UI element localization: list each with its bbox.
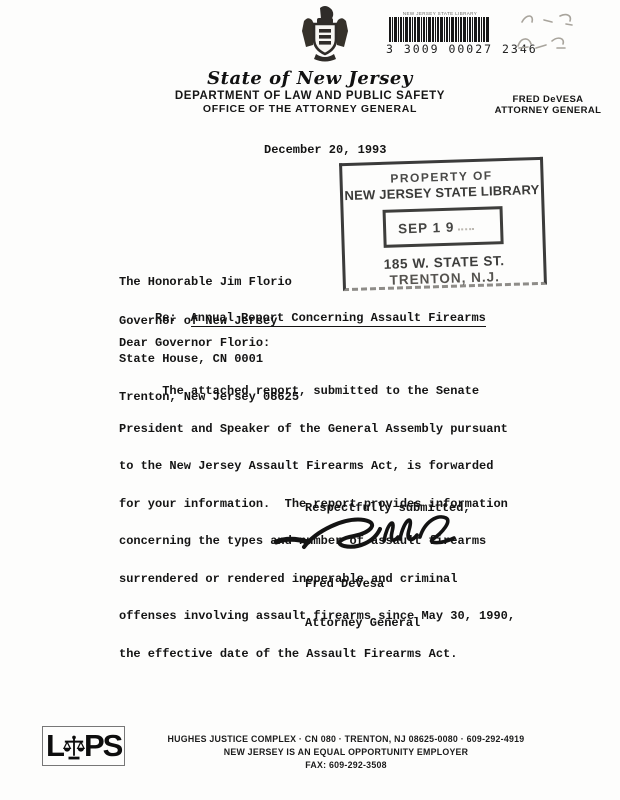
stamp-date-faint-marks (458, 222, 474, 230)
barcode-number: 3 3009 00027 2346 (386, 42, 494, 56)
letter-date: December 20, 1993 (264, 143, 386, 157)
library-barcode: NEW JERSEY STATE LIBRARY 3 3009 00027 23… (386, 11, 494, 56)
salutation: Dear Governor Florio: (119, 336, 270, 350)
logo-letter-l: L (46, 729, 63, 763)
footer-text: HUGHES JUSTICE COMPLEX · CN 080 · TRENTO… (70, 733, 620, 772)
body-line: President and Speaker of the General Ass… (119, 423, 515, 436)
signer-title: Attorney General (305, 617, 420, 630)
footer-fax: FAX: 609-292-3508 (70, 759, 620, 772)
footer-eoe: NEW JERSEY IS AN EQUAL OPPORTUNITY EMPLO… (70, 746, 620, 759)
new-jersey-seal-icon (298, 6, 352, 63)
official-title: ATTORNEY GENERAL (478, 105, 618, 116)
state-name: State of New Jersey (0, 68, 620, 89)
body-line: The attached report, submitted to the Se… (119, 385, 515, 398)
barcode-bars-icon (389, 17, 491, 42)
scanned-letter-page: NEW JERSEY STATE LIBRARY 3 3009 00027 23… (0, 0, 620, 800)
subject-line: Re:Annual Report Concerning Assault Fire… (155, 311, 486, 325)
re-label: Re: (155, 311, 177, 325)
signature-block: Fred DeVesa Attorney General (305, 553, 420, 655)
signer-name: Fred DeVesa (305, 578, 420, 591)
footer-address: HUGHES JUSTICE COMPLEX · CN 080 · TRENTO… (70, 733, 620, 746)
library-property-stamp: PROPERTY OF NEW JERSEY STATE LIBRARY SEP… (339, 157, 547, 291)
body-line: to the New Jersey Assault Firearms Act, … (119, 460, 515, 473)
re-subject: Annual Report Concerning Assault Firearm… (191, 311, 486, 327)
pencil-scribble-icon (512, 8, 600, 64)
stamp-date-box: SEP 1 9 (383, 206, 504, 248)
official-name: FRED DeVESA (478, 94, 618, 105)
attorney-general-block: FRED DeVESA ATTORNEY GENERAL (478, 94, 618, 116)
stamp-date: SEP 1 9 (398, 219, 455, 236)
recipient-line: The Honorable Jim Florio (119, 276, 299, 289)
barcode-label: NEW JERSEY STATE LIBRARY (386, 11, 494, 16)
